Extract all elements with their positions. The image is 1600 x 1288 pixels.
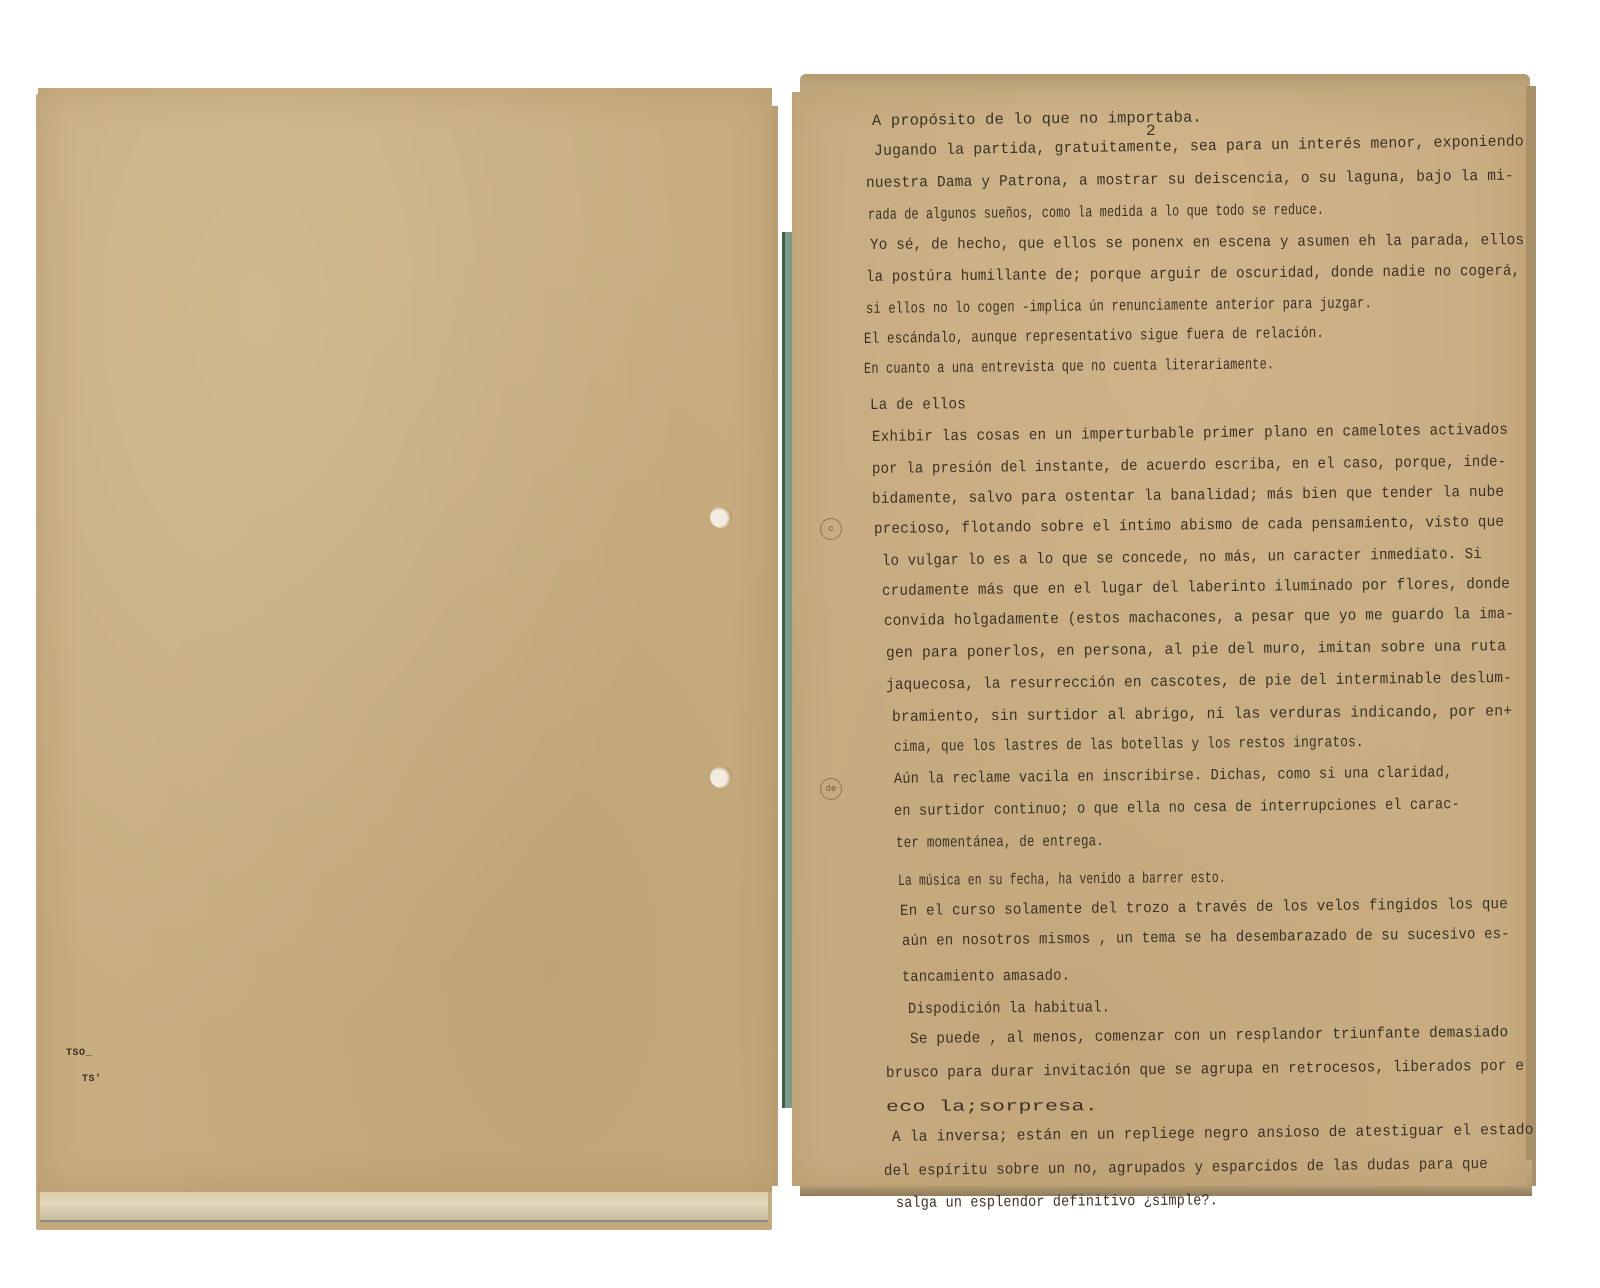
- typed-line: El escándalo, aunque representativo sigu…: [864, 324, 1324, 348]
- typed-text: 2 A propósito de lo que no importaba.Jug…: [792, 92, 1526, 1186]
- typed-line: cima, que los lastres de las botellas y …: [894, 733, 1364, 756]
- typed-line: precioso, flotando sobre el íntimo abism…: [874, 513, 1504, 538]
- typed-line: Yo sé, de hecho, que ellos se ponenx en …: [870, 231, 1524, 254]
- typed-line: rada de algunos sueños, como la medida a…: [868, 201, 1324, 224]
- typed-line: en surtidor continuo; o que ella no cesa…: [894, 795, 1460, 820]
- typed-line: convida holgadamente (estos machacones, …: [884, 605, 1514, 630]
- typed-line: tancamiento amasado.: [902, 967, 1070, 986]
- typed-line: brusco para durar invitación que se agru…: [886, 1057, 1524, 1082]
- typed-line: bramiento, sin surtidor al abrigo, ni la…: [892, 702, 1512, 726]
- typed-line: lo vulgar lo es a lo que se concede, no …: [882, 545, 1482, 570]
- right-page-stack-side: [1526, 86, 1536, 1186]
- typed-line: eco la;sorpresa.: [886, 1097, 1098, 1116]
- typed-line: A la inversa; están en un repliege negro…: [892, 1121, 1534, 1146]
- typed-line: Jugando la partida, gratuitamente, sea p…: [874, 132, 1524, 160]
- typed-line: Exhibir las cosas en un imperturbable pr…: [872, 421, 1508, 446]
- typed-line: salga un esplendor definitivo ¿simple?.: [896, 1191, 1218, 1212]
- left-page-stamp: TSO_: [66, 1048, 92, 1059]
- right-page: c de 2 A propósito de lo que no importab…: [792, 92, 1526, 1186]
- typed-line: si ellos no lo cogen -implica ún renunci…: [866, 294, 1372, 318]
- left-page-stamp: TS': [82, 1074, 102, 1085]
- typed-line: La de ellos: [870, 395, 966, 414]
- typed-line: En cuanto a una entrevista que no cuenta…: [864, 355, 1274, 378]
- typed-line: A propósito de lo que no importaba.: [872, 109, 1202, 130]
- left-page-edge: [772, 106, 778, 1186]
- typed-line: aún en nosotros mismos , un tema se ha d…: [902, 925, 1510, 950]
- typed-line: Dispodición la habitual.: [908, 998, 1110, 1018]
- typed-line: bidamente, salvo para ostentar la banali…: [872, 483, 1504, 508]
- scanned-spread: TSO_ TS' c de 2 A propósito de lo que no…: [0, 0, 1600, 1288]
- typed-line: la postúra humillante de; porque arguir …: [866, 262, 1520, 286]
- typed-line: ter momentánea, de entrega.: [896, 832, 1104, 852]
- typed-line: Se puede , al menos, comenzar con un res…: [910, 1023, 1508, 1048]
- typed-line: En el curso solamente del trozo a través…: [900, 895, 1508, 920]
- typed-line: nuestra Dama y Patrona, a mostrar su dei…: [866, 167, 1514, 192]
- typed-line: del espíritu sobre un no, agrupados y es…: [884, 1155, 1488, 1180]
- typed-line: La música en su fecha, ha venido a barre…: [898, 869, 1226, 890]
- typed-line: jaquecosa, la resurrección en cascotes, …: [886, 669, 1512, 694]
- punch-hole-bottom: [710, 766, 732, 788]
- punch-hole-top: [710, 506, 732, 528]
- left-page: TSO_ TS': [38, 88, 772, 1192]
- typed-line: Aún la reclame vacila en inscribirse. Di…: [894, 763, 1452, 788]
- typed-line: crudamente más que en el lugar del laber…: [882, 575, 1510, 600]
- typed-line: gen para ponerlos, en persona, al pie de…: [886, 637, 1506, 662]
- typed-line: por la presión del instante, de acuerdo …: [872, 453, 1506, 478]
